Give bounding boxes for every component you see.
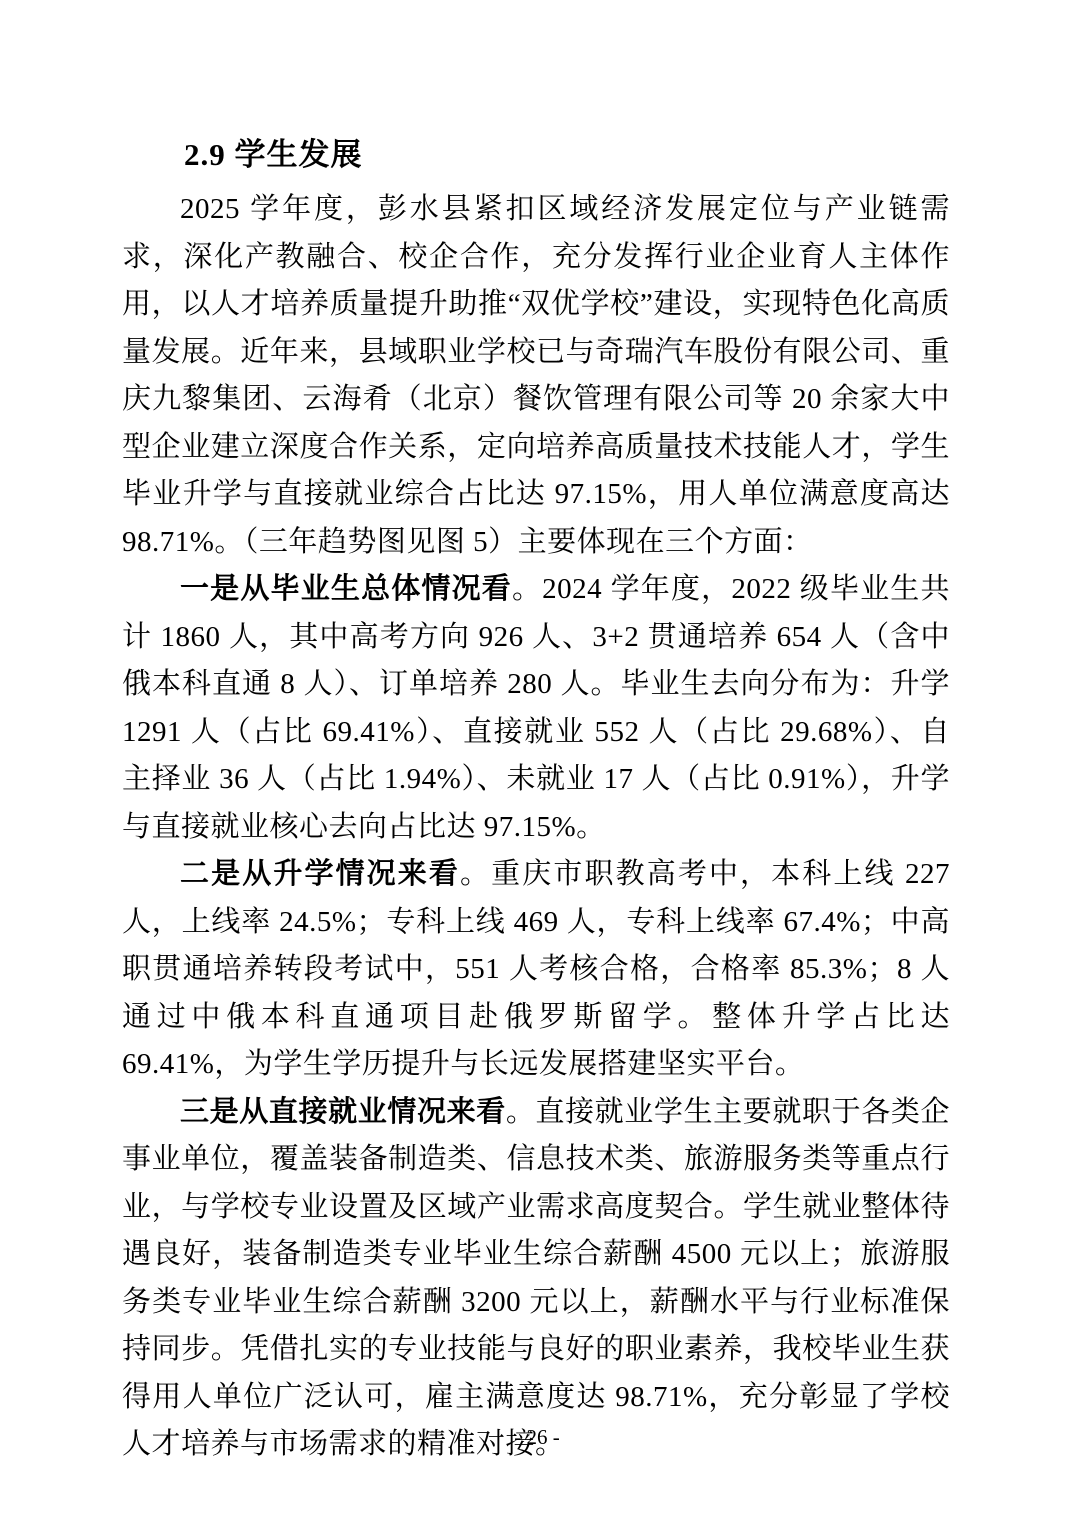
paragraph-overview: 2025 学年度，彭水县紧扣区域经济发展定位与产业链需求，深化产教融合、校企合作… xyxy=(122,186,950,566)
paragraph-further-education-text: 。重庆市职教高考中，本科上线 227 人，上线率 24.5%；专科上线 469 … xyxy=(122,858,950,1080)
paragraph-graduates-overall-text: 。2024 学年度，2022 级毕业生共计 1860 人，其中高考方向 926 … xyxy=(122,573,950,843)
paragraph-direct-employment-text: 。直接就业学生主要就职于各类企事业单位，覆盖装备制造类、信息技术类、旅游服务类等… xyxy=(122,1096,950,1461)
paragraph-further-education-lead: 二是从升学情况来看 xyxy=(180,858,460,890)
paragraph-further-education: 二是从升学情况来看。重庆市职教高考中，本科上线 227 人，上线率 24.5%；… xyxy=(122,851,950,1089)
page-number: - 26 - xyxy=(0,1422,1074,1452)
paragraph-direct-employment-lead: 三是从直接就业情况来看 xyxy=(180,1096,506,1128)
document-content: 2.9 学生发展 2025 学年度，彭水县紧扣区域经济发展定位与产业链需求，深化… xyxy=(122,131,950,1469)
paragraph-direct-employment: 三是从直接就业情况来看。直接就业学生主要就职于各类企事业单位，覆盖装备制造类、信… xyxy=(122,1089,950,1469)
paragraph-graduates-overall-lead: 一是从毕业生总体情况看 xyxy=(180,573,512,605)
paragraph-overview-text: 2025 学年度，彭水县紧扣区域经济发展定位与产业链需求，深化产教融合、校企合作… xyxy=(122,193,950,558)
section-heading: 2.9 学生发展 xyxy=(184,131,950,179)
document-page: 2.9 学生发展 2025 学年度，彭水县紧扣区域经济发展定位与产业链需求，深化… xyxy=(0,0,1074,1520)
paragraph-graduates-overall: 一是从毕业生总体情况看。2024 学年度，2022 级毕业生共计 1860 人，… xyxy=(122,566,950,851)
